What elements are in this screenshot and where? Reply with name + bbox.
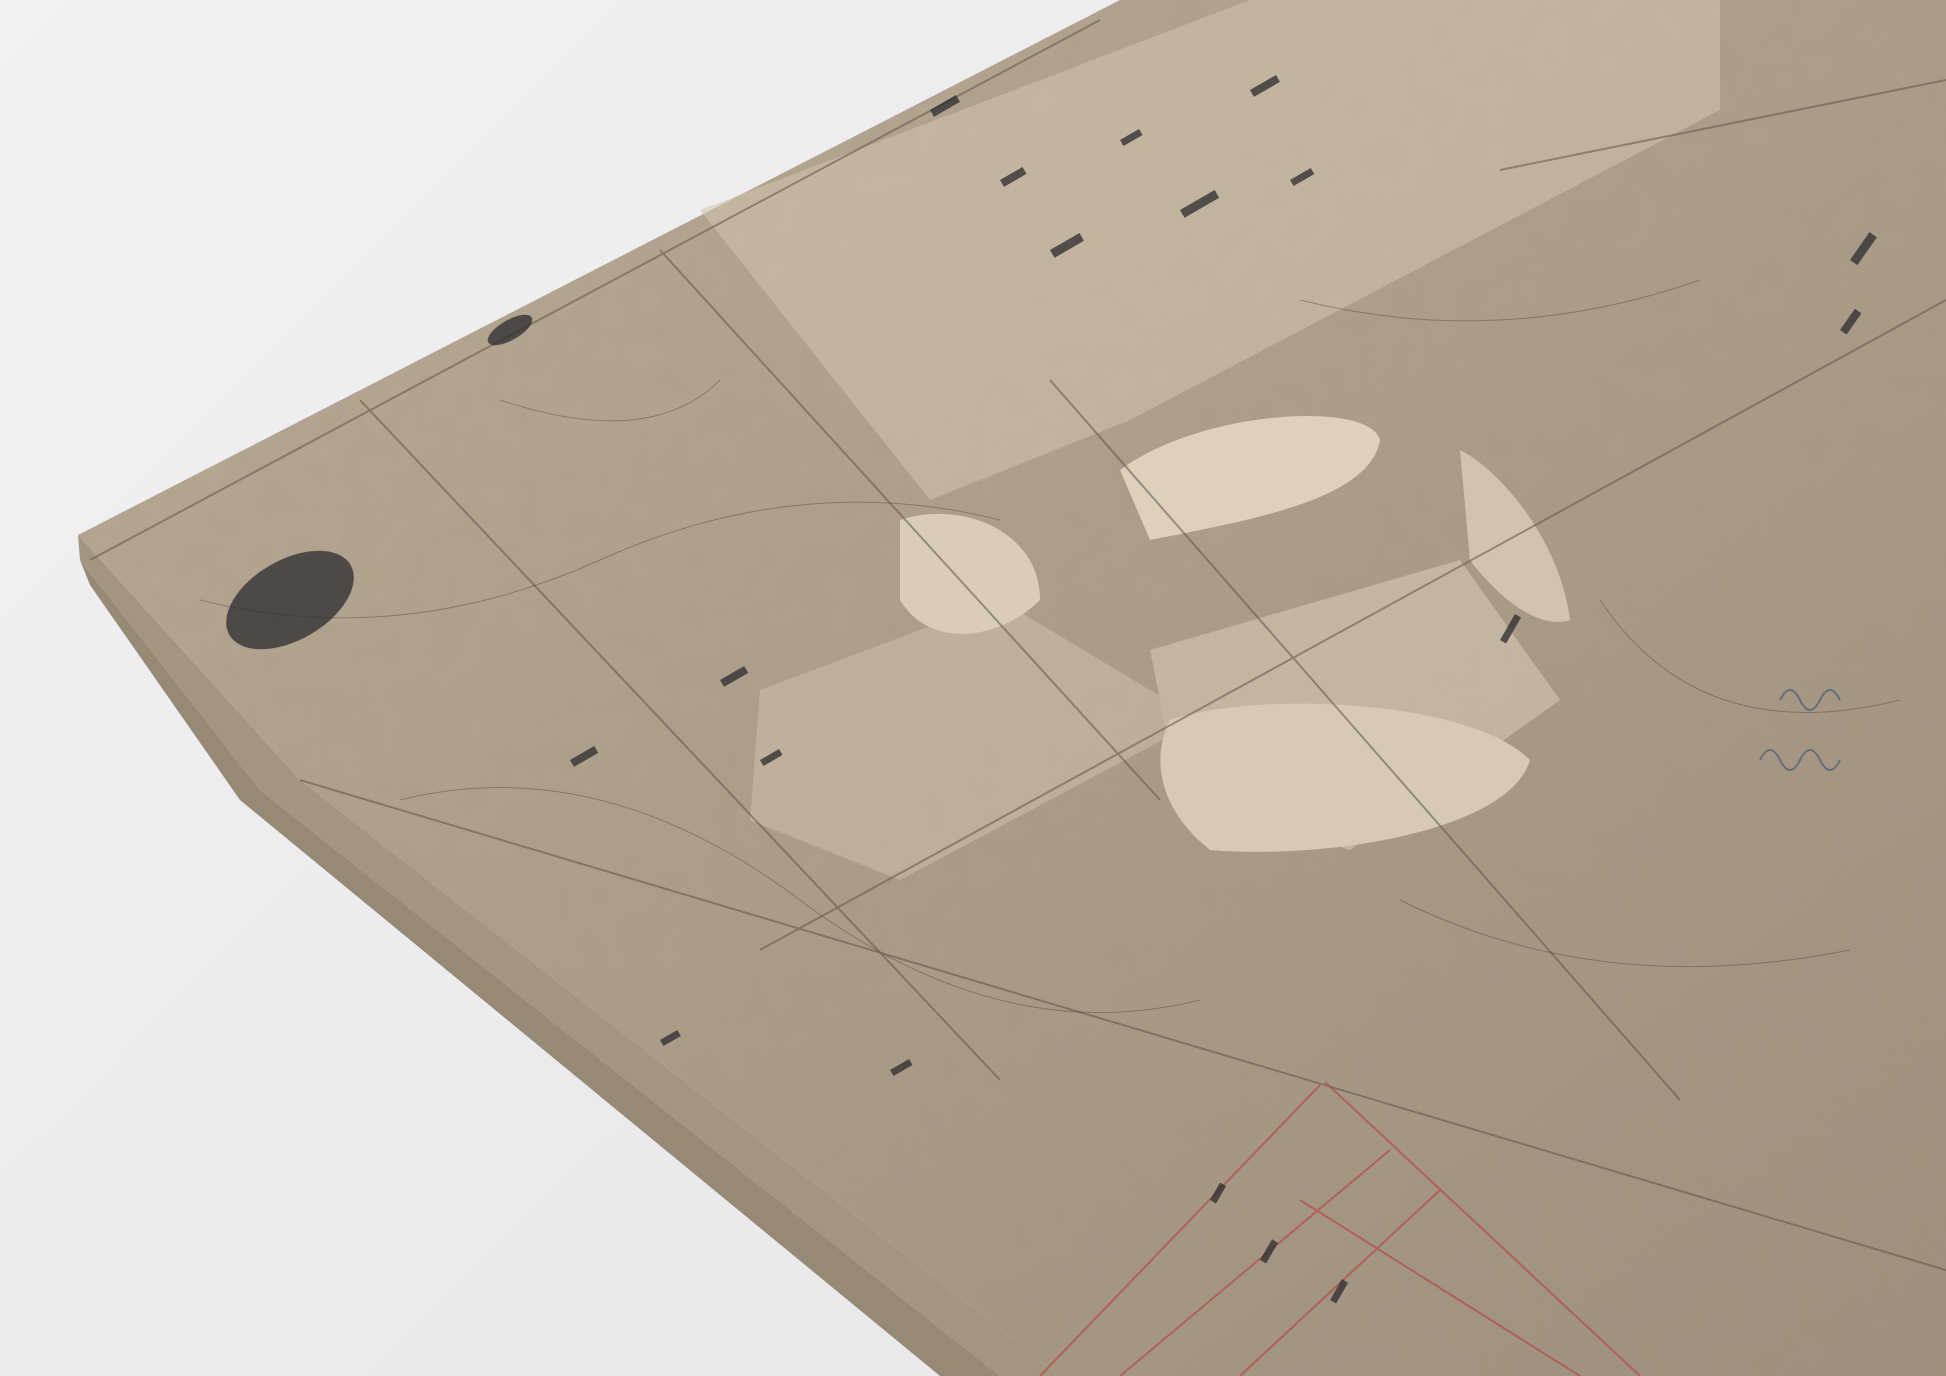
photo-scene [0, 0, 1946, 1376]
manuscript-photo [0, 0, 1946, 1376]
image-subject: Aged, creased handwritten paper manuscri… [20, 1350, 388, 1364]
